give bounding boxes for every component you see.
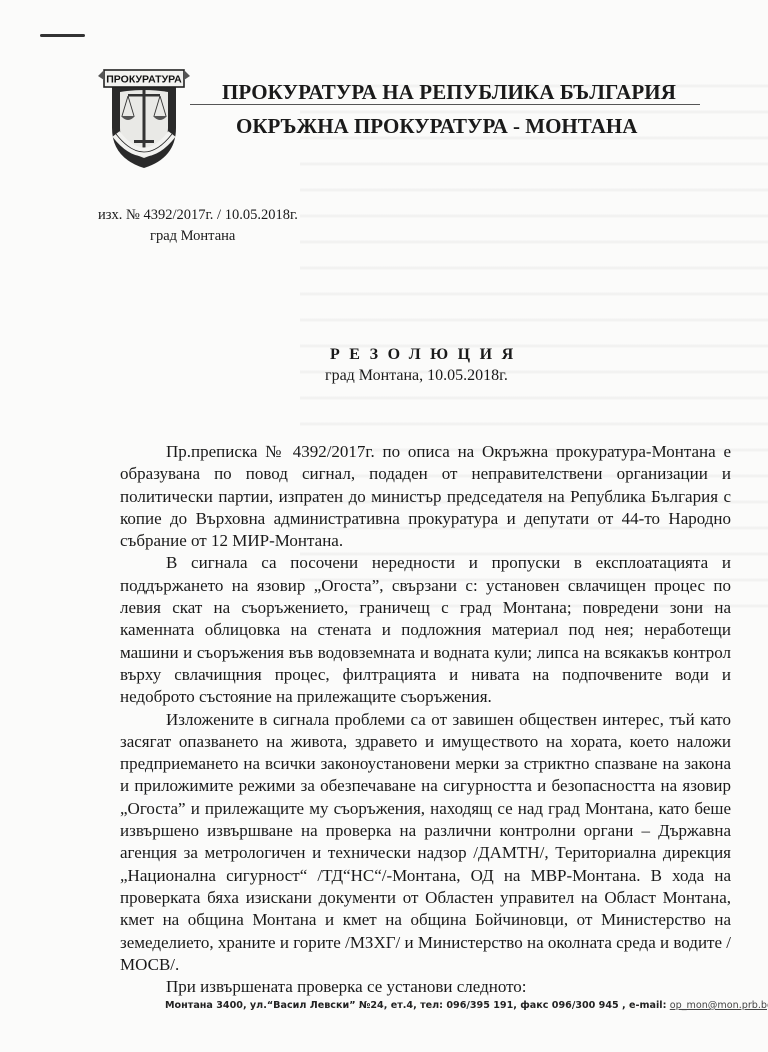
svg-text:ПРОКУРАТУРА: ПРОКУРАТУРА (106, 74, 182, 86)
footer-email-link[interactable]: op_mon@mon.prb.bg (670, 1000, 768, 1011)
letterhead-subtitle: ОКРЪЖНА ПРОКУРАТУРА - МОНТАНА (236, 114, 637, 139)
letterhead-divider (190, 104, 700, 105)
body-paragraph: Изложените в сигнала проблеми са от зави… (120, 709, 731, 977)
footer-contact: Монтана 3400, ул.“Васил Левски” №24, ет.… (165, 1000, 768, 1011)
punch-mark (40, 34, 85, 37)
document-page: ПРОКУРАТУРА ПРОКУРАТУРА НА РЕПУБЛИКА БЪЛ… (0, 0, 768, 1052)
resolution-title: РЕЗОЛЮЦИЯ (330, 346, 523, 364)
body-paragraph: Пр.преписка № 4392/2017г. по описа на Ок… (120, 441, 731, 552)
letterhead-title: ПРОКУРАТУРА НА РЕПУБЛИКА БЪЛГАРИЯ (222, 80, 676, 105)
resolution-body: Пр.преписка № 4392/2017г. по описа на Ок… (120, 441, 731, 998)
body-paragraph: В сигнала са посочени нередности и пропу… (120, 552, 731, 708)
outgoing-city: град Монтана (150, 228, 235, 245)
outgoing-number: изх. № 4392/2017г. / 10.05.2018г. (98, 207, 298, 224)
body-paragraph: При извършената проверка се установи сле… (120, 976, 731, 998)
resolution-place-date: град Монтана, 10.05.2018г. (325, 367, 508, 385)
footer-address: Монтана 3400, ул.“Васил Левски” №24, ет.… (165, 1000, 670, 1011)
prosecution-emblem-icon: ПРОКУРАТУРА (98, 66, 190, 170)
